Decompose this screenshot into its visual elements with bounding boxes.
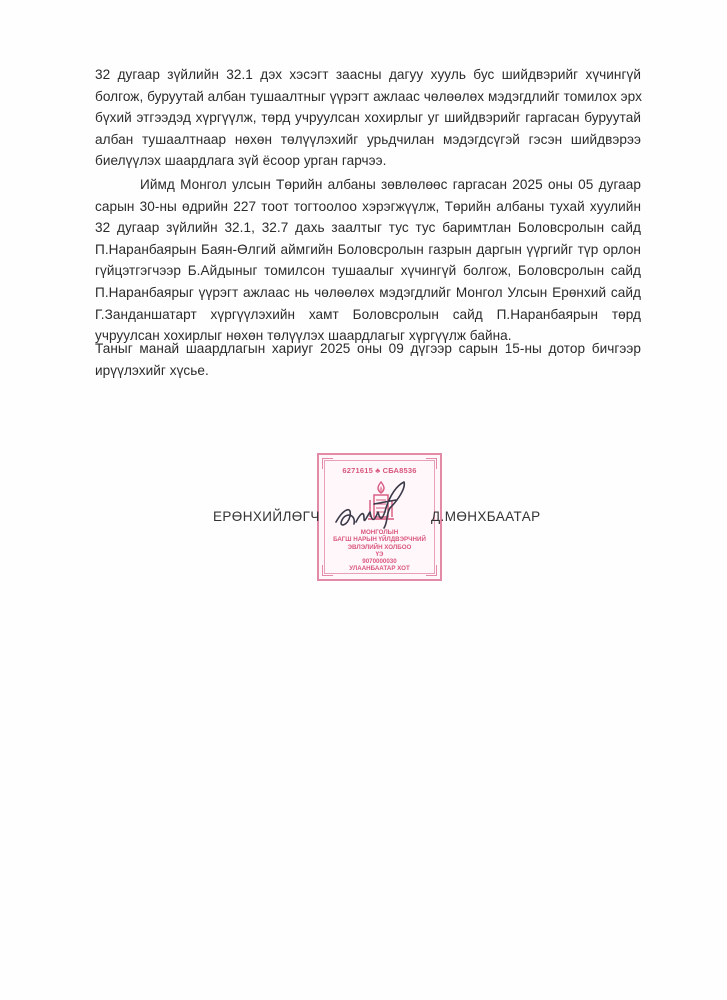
text-line: Г.Занданшатарт хүргүүлэхийн хамт Боловср… [95,304,641,326]
handwritten-signature [330,478,410,540]
text-line: Таныг манай шаардлагын хариуг 2025 оны 0… [95,338,641,360]
stamp-line: УЛААНБААТАР ХОТ [319,565,440,572]
text-line: П.Наранбаярын Баян-Өлгий аймгийн Боловср… [95,239,641,261]
text-line: биелүүлэх шаардлага зүй ёсоор урган гарч… [95,150,641,172]
signer-name: Д.МӨНХБААТАР [431,509,541,524]
signer-title: ЕРӨНХИЙЛӨГЧ [213,509,320,524]
text-line: Иймд Монгол улсын Төрийн албаны зөвлөлөө… [95,174,641,196]
document-page: 32 дугаар зүйлийн 32.1 дэх хэсэгт заасны… [0,0,727,1000]
text-line: сарын 30-ны өдрийн 227 тоот тогтоолоо хэ… [95,196,641,218]
text-line: гүйцэтгэгчээр Б.Айдыныг томилсон тушаалы… [95,260,641,282]
stamp-line: ҮЭ [319,551,440,558]
paragraph-2: Иймд Монгол улсын Төрийн албаны зөвлөлөө… [95,174,641,347]
stamp-line: ЭВЛЭЛИЙН ХОЛБОО [319,544,440,551]
text-line: П.Наранбаярыг үүрэгт ажлаас нь чөлөөлөх … [95,282,641,304]
text-line: ирүүлэхийг хүсье. [95,360,641,382]
text-line: 32 дугаар зүйлийн 32.1 дэх хэсэгт заасны… [95,64,641,86]
stamp-registration-number: 6271615 ♣ СБА8536 [319,466,440,475]
paragraph-1: 32 дугаар зүйлийн 32.1 дэх хэсэгт заасны… [95,64,641,172]
text-line: 32 дугаар зүйлийн 32.1, 32.7 дахь заалты… [95,217,641,239]
text-line: болгож, буруутай албан тушаалтныг үүрэгт… [95,86,641,108]
stamp-line: 9070000030 [319,558,440,565]
text-line: бүхий этгээдэд хүргүүлж, төрд учруулсан … [95,107,641,129]
text-line: албан тушаалтнаар нөхөн төлүүлэхийг урьд… [95,129,641,151]
paragraph-3: Таныг манай шаардлагын хариуг 2025 оны 0… [95,338,641,381]
